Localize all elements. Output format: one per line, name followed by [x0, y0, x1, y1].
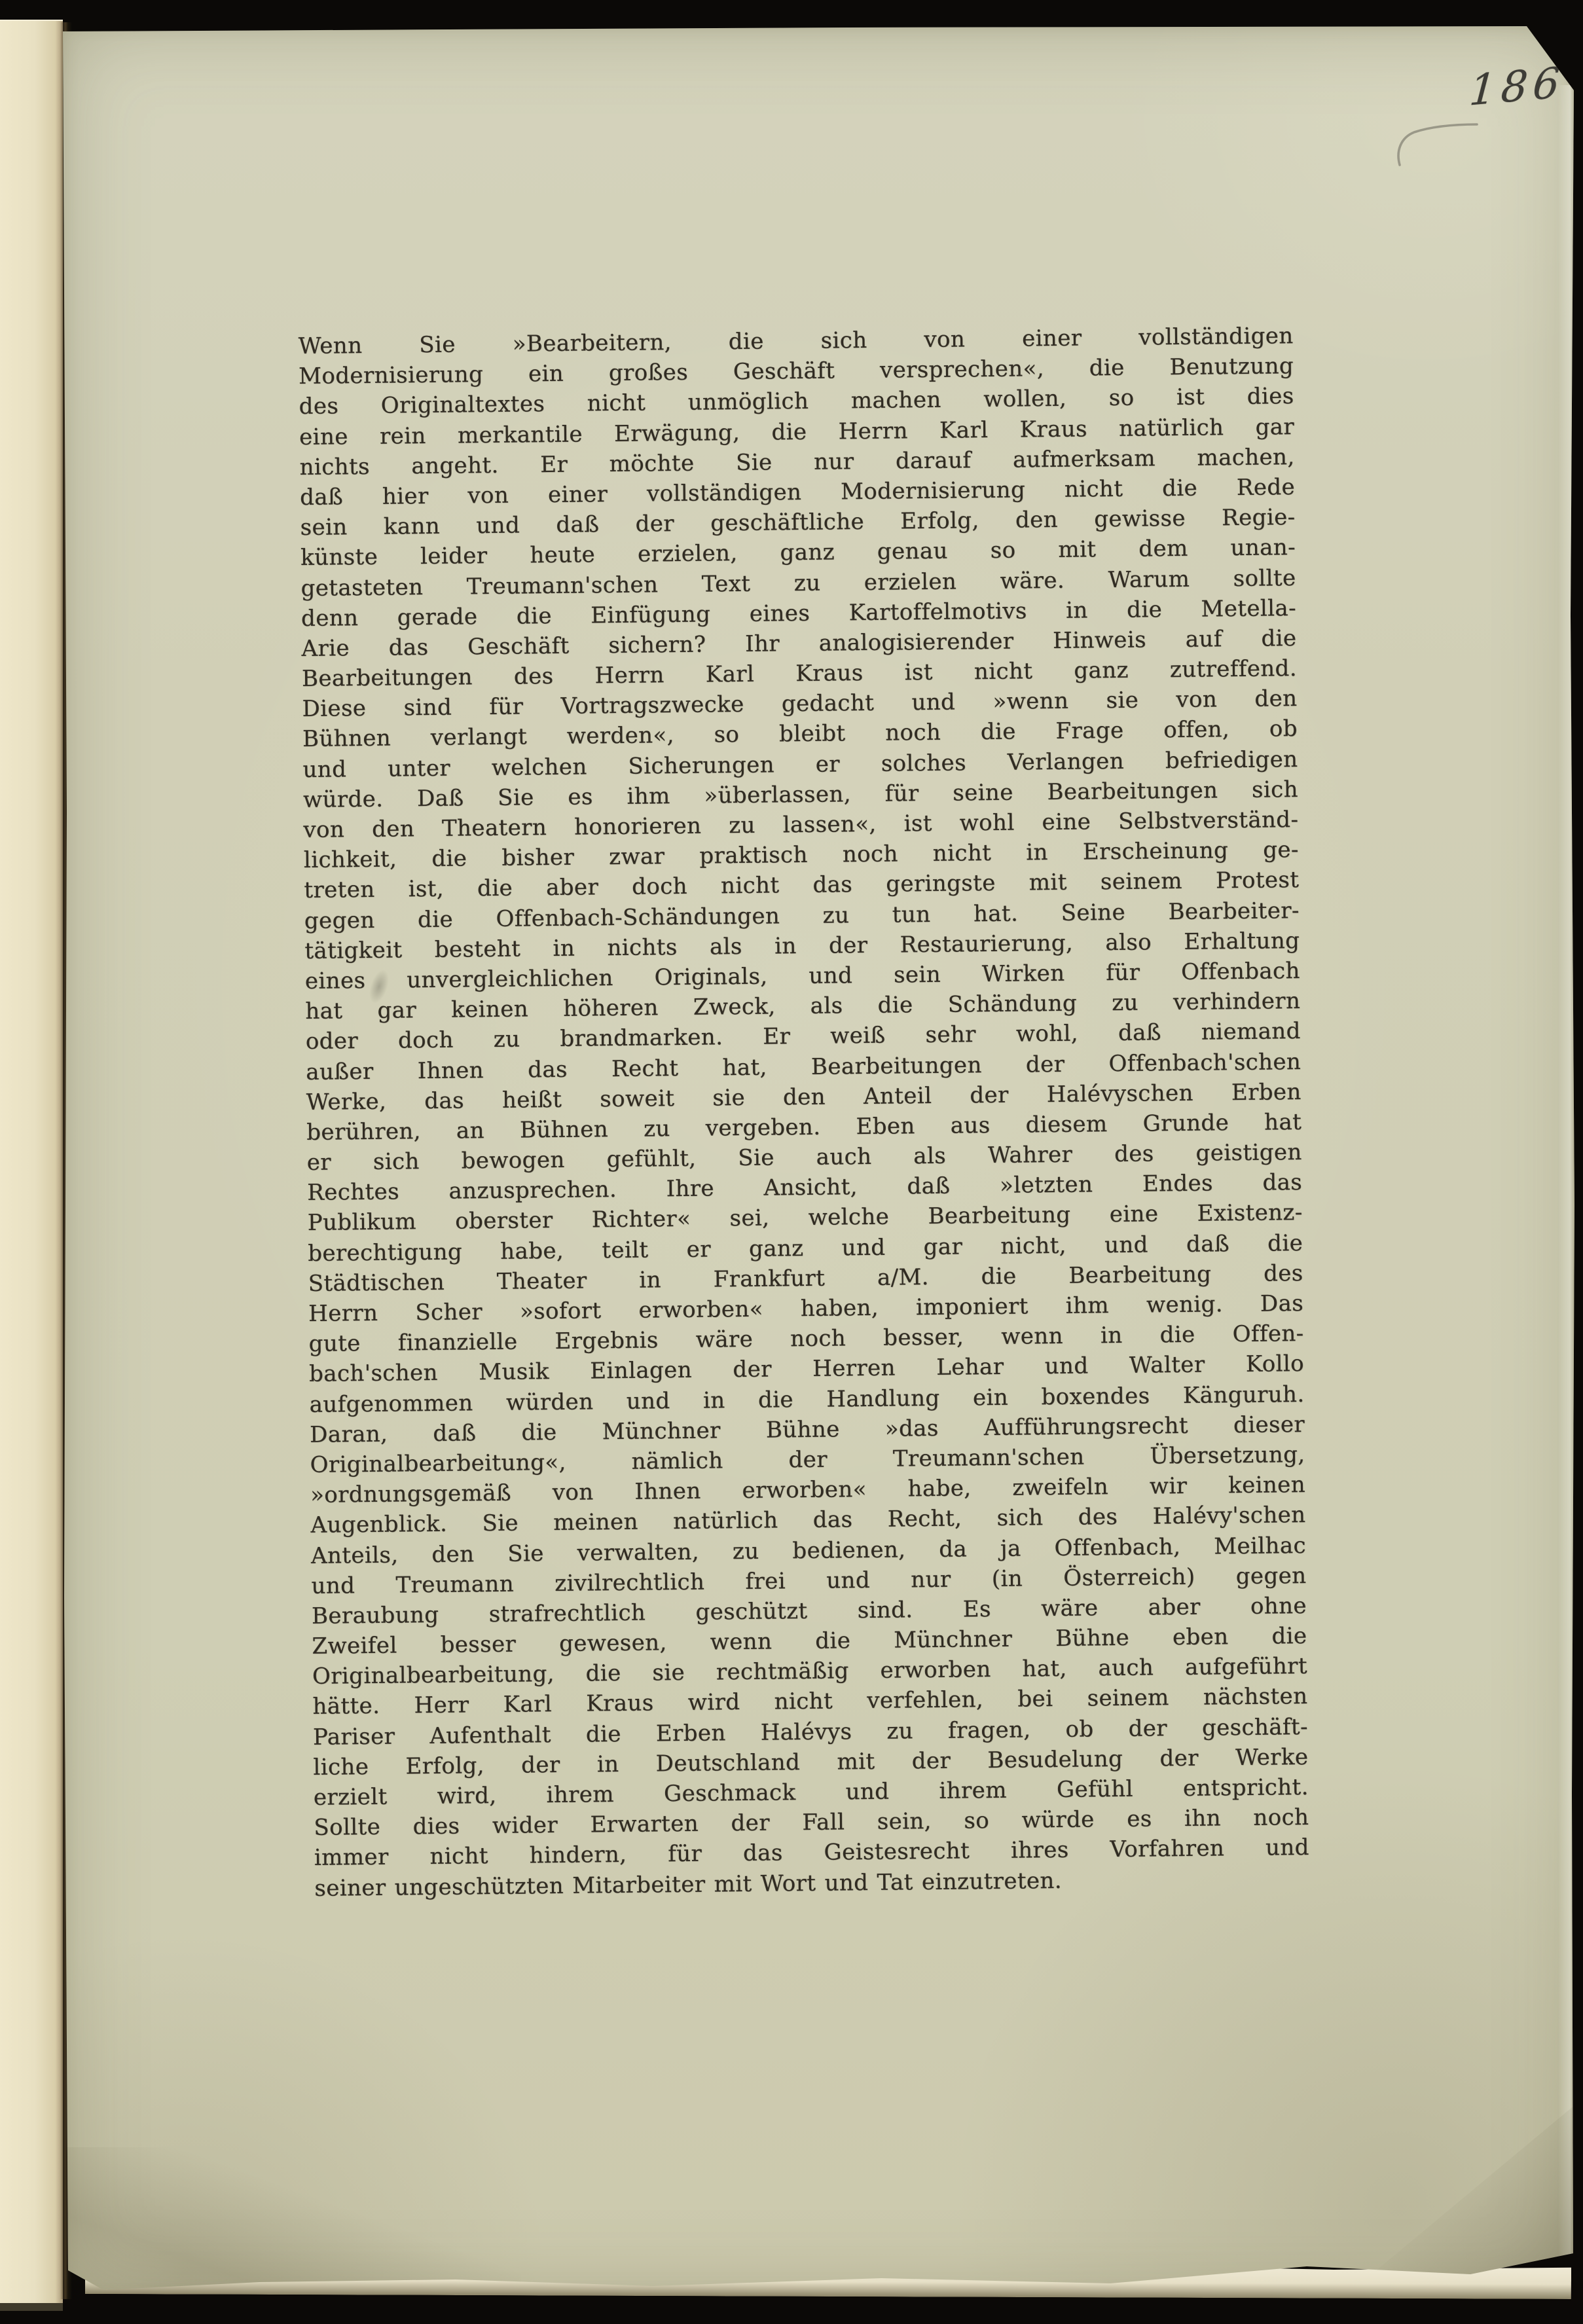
- page-right-edge-sheen: [1558, 85, 1575, 2259]
- previous-page-edge: [0, 20, 63, 2311]
- handwritten-page-number: 186: [1468, 53, 1583, 116]
- bottom-left-crease: [63, 2147, 521, 2291]
- document-page: Wenn Sie »Bearbeitern, die sich von eine…: [63, 26, 1579, 2298]
- body-text: Wenn Sie »Bearbeitern, die sich von eine…: [298, 321, 1309, 1904]
- scanned-document-photo: Wenn Sie »Bearbeitern, die sich von eine…: [0, 0, 1583, 2324]
- pencil-mark: [1391, 117, 1489, 175]
